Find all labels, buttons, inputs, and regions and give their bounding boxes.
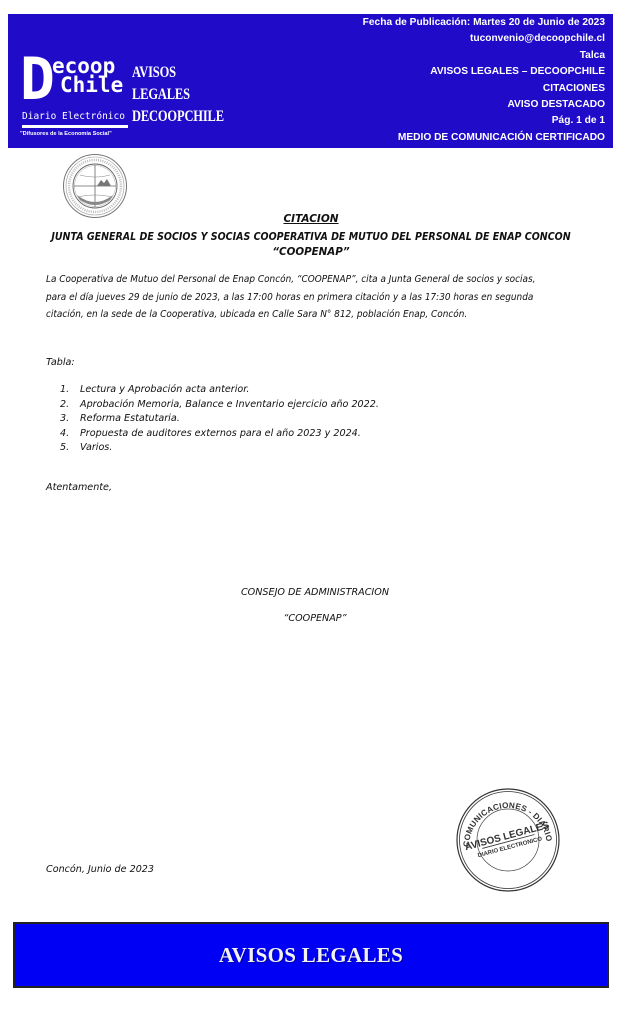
signature-line: CONSEJO DE ADMINISTRACION <box>4 587 622 598</box>
agenda-item-number: 3. <box>60 412 80 427</box>
intro-line: La Cooperativa de Mutuo del Personal de … <box>46 271 548 289</box>
footer-banner-text: AVISOS LEGALES <box>219 943 403 968</box>
agenda-item: 2. Aprobación Memoria, Balance e Inventa… <box>60 398 379 413</box>
agenda-item-text: Varios. <box>80 441 112 456</box>
brand-title-line: DECOOPCHILE <box>132 106 224 128</box>
intro-paragraph: La Cooperativa de Mutuo del Personal de … <box>46 271 586 324</box>
agenda-item-number: 5. <box>60 441 80 456</box>
agenda-item-number: 2. <box>60 398 80 413</box>
section-name: AVISOS LEGALES – DECOOPCHILE <box>363 64 605 80</box>
logo-subtitle: Diario Electrónico <box>22 111 125 122</box>
agenda-item-number: 1. <box>60 383 80 398</box>
heading-line: “COOPENAP” <box>0 245 622 260</box>
publication-meta: Fecha de Publicación: Martes 20 de Junio… <box>363 15 605 146</box>
contact-email[interactable]: tuconvenio@decoopchile.cl <box>363 31 605 47</box>
document-title: CITACION <box>0 213 622 225</box>
logo-line-2: Chile <box>60 75 123 95</box>
agenda-item-text: Lectura y Aprobación acta anterior. <box>80 383 249 398</box>
heading-line: JUNTA GENERAL DE SOCIOS Y SOCIAS COOPERA… <box>25 230 597 245</box>
signature-line: “COOPENAP” <box>4 613 622 624</box>
brand-title: AVISOS LEGALES DECOOPCHILE <box>132 62 224 128</box>
decoopchile-logo: D ecoop Chile Diario Electrónico "Difuso… <box>20 52 128 142</box>
logo-motto: "Difusores de la Economía Social" <box>20 131 112 137</box>
agenda-item-text: Propuesta de auditores externos para el … <box>80 427 361 442</box>
document-heading: JUNTA GENERAL DE SOCIOS Y SOCIAS COOPERA… <box>0 230 622 260</box>
logo-divider <box>22 125 128 128</box>
place-and-date: Concón, Junio de 2023 <box>46 864 154 875</box>
header-banner: D ecoop Chile Diario Electrónico "Difuso… <box>8 14 613 148</box>
category: CITACIONES <box>363 81 605 97</box>
agenda-item: 3. Reforma Estatutaria. <box>60 412 379 427</box>
agenda-item-text: Reforma Estatutaria. <box>80 412 180 427</box>
logo-letter: D <box>20 50 55 108</box>
agenda-item: 4. Propuesta de auditores externos para … <box>60 427 379 442</box>
certification: MEDIO DE COMUNICACIÓN CERTIFICADO <box>363 130 605 146</box>
agenda-item-number: 4. <box>60 427 80 442</box>
footer-banner: AVISOS LEGALES <box>13 922 609 988</box>
page-count: Pág. 1 de 1 <box>363 113 605 129</box>
city: Talca <box>363 48 605 64</box>
brand-title-line: AVISOS <box>132 62 224 84</box>
agenda-item: 5. Varios. <box>60 441 379 456</box>
agenda-list: 1. Lectura y Aprobación acta anterior. 2… <box>60 383 379 456</box>
brand-title-line: LEGALES <box>132 84 224 106</box>
notice-type: AVISO DESTACADO <box>363 97 605 113</box>
intro-line: citación, en la sede de la Cooperativa, … <box>46 306 548 324</box>
cooperative-seal-icon <box>62 153 128 219</box>
publication-date: Fecha de Publicación: Martes 20 de Junio… <box>363 15 605 31</box>
certification-stamp-icon: COMUNICACIONES - DIARIO ELECTRONICO AVIS… <box>455 787 561 893</box>
closing-salutation: Atentamente, <box>46 482 112 493</box>
intro-line: para el día jueves 29 de junio de 2023, … <box>46 289 548 307</box>
agenda-item: 1. Lectura y Aprobación acta anterior. <box>60 383 379 398</box>
agenda-label: Tabla: <box>46 357 75 368</box>
agenda-item-text: Aprobación Memoria, Balance e Inventario… <box>80 398 379 413</box>
